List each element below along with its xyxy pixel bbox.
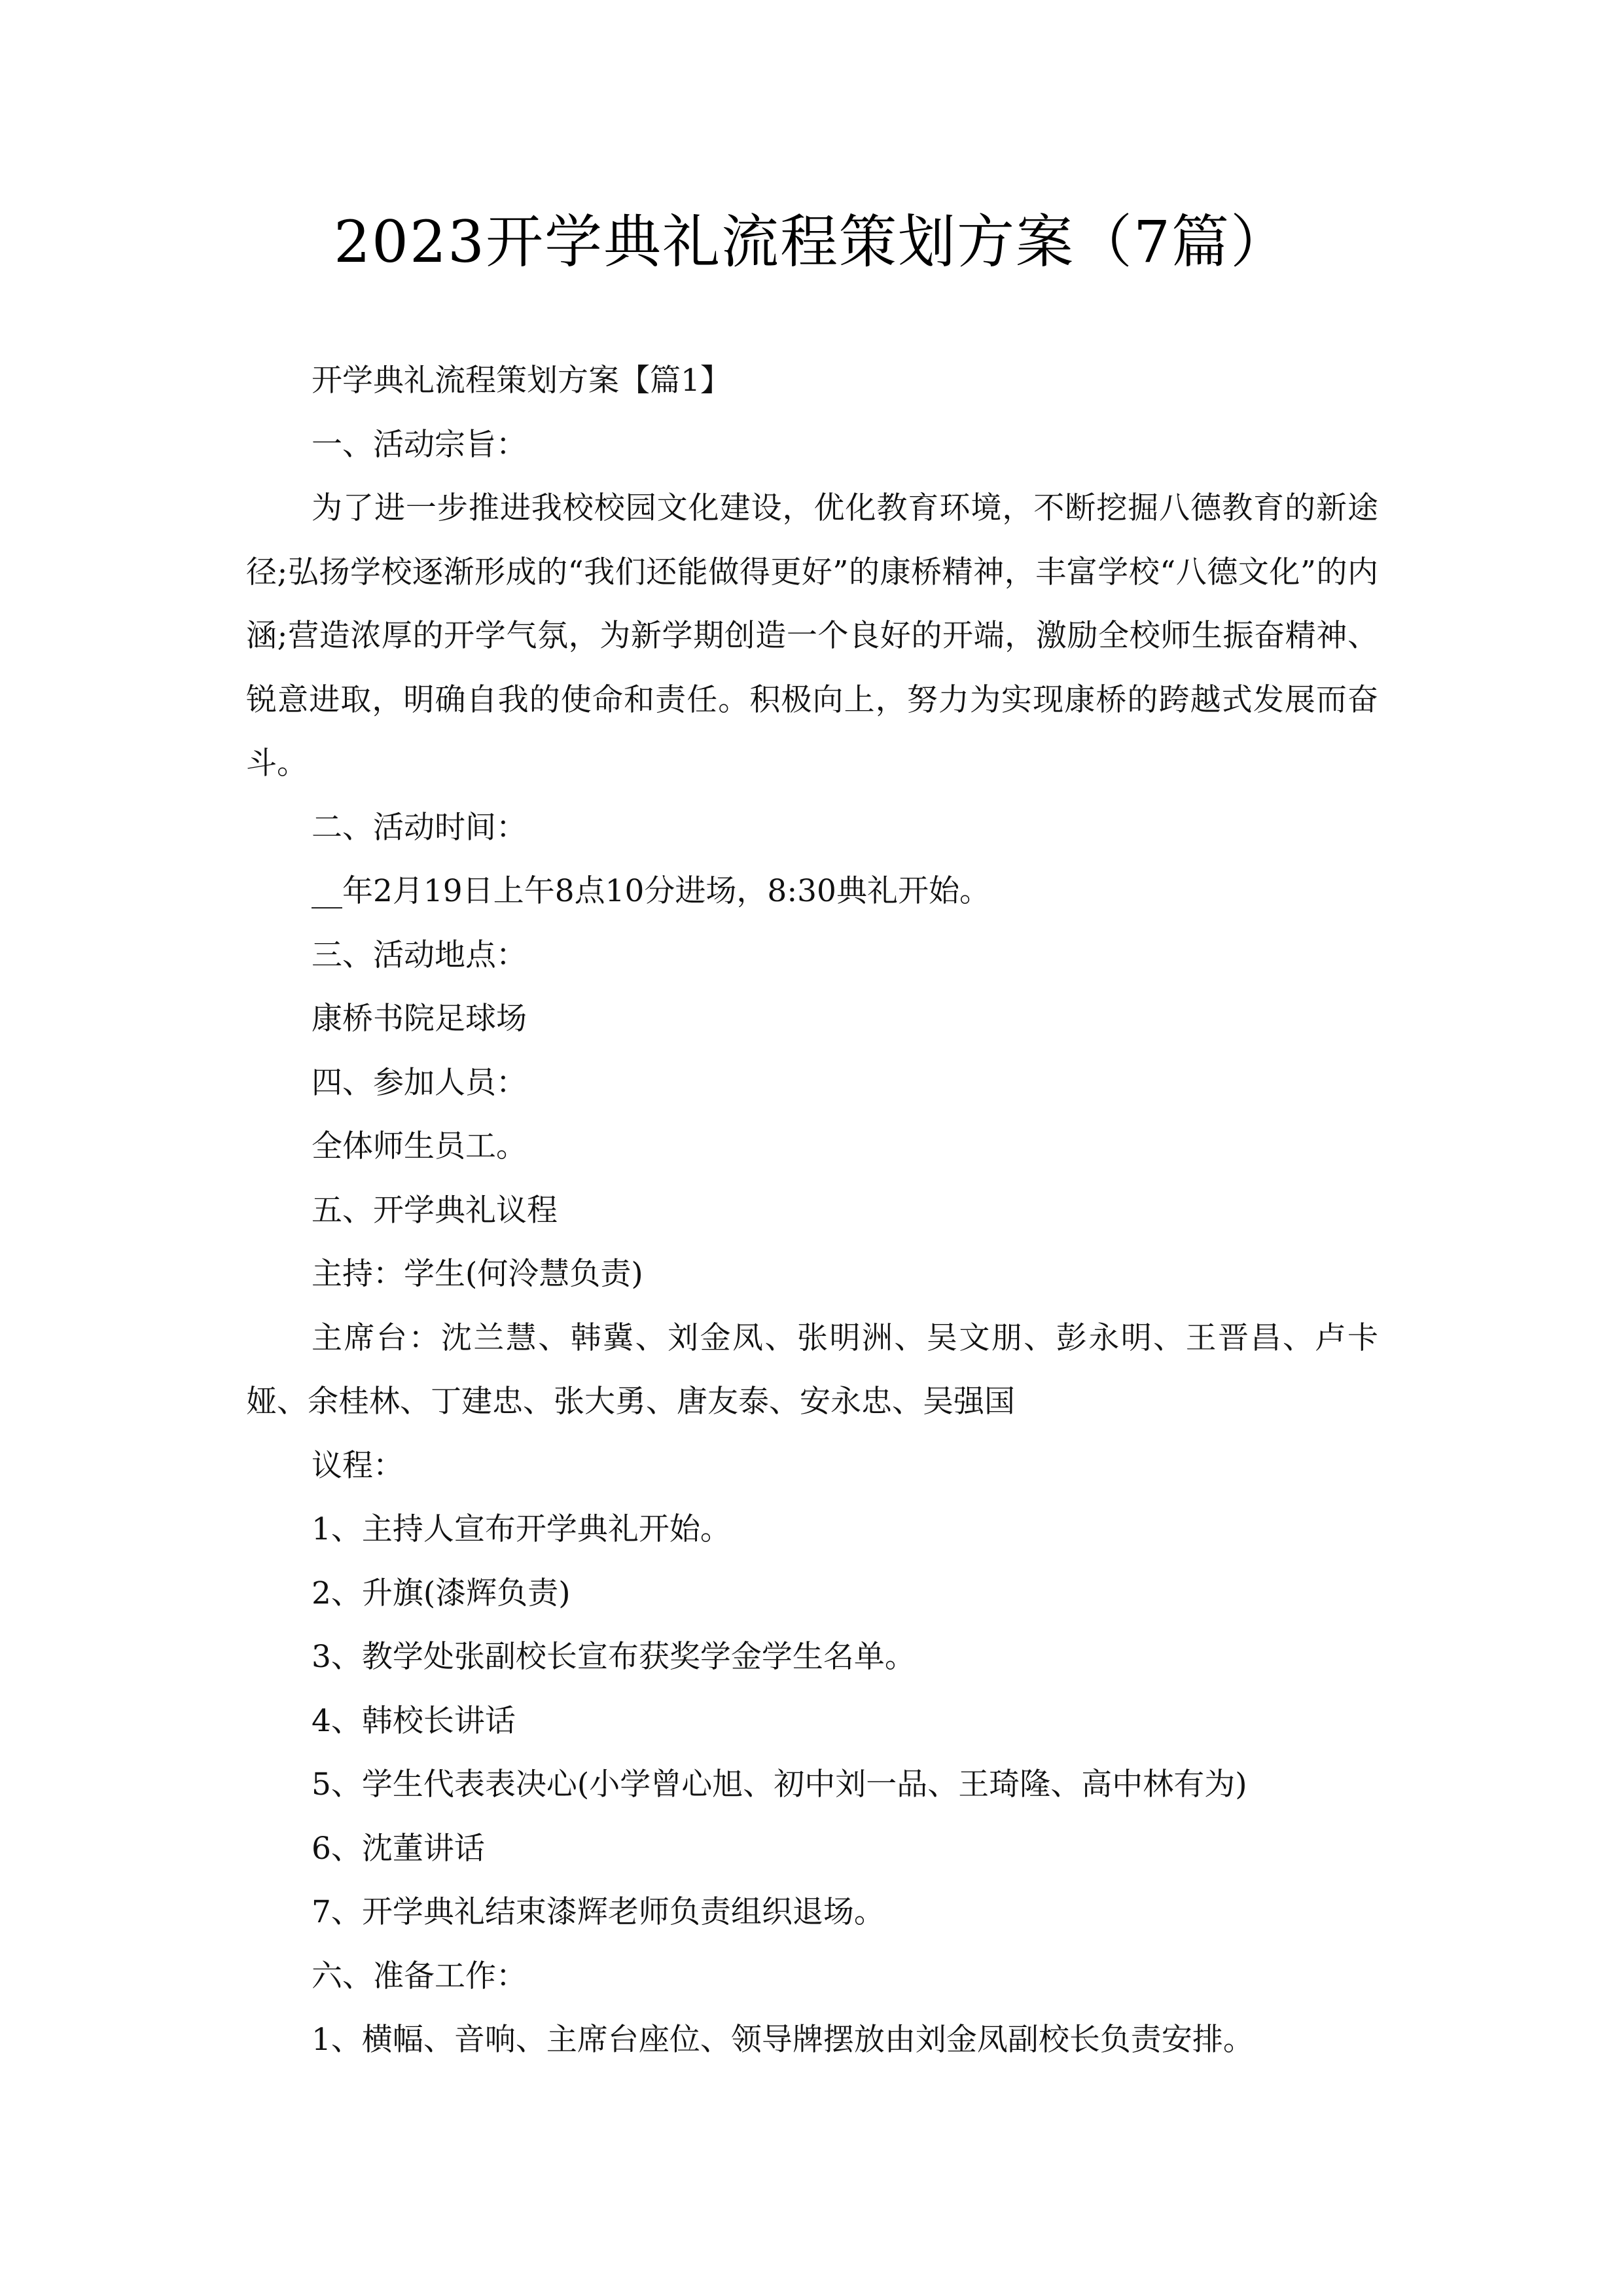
- heading-agenda: 五、开学典礼议程: [246, 1179, 1378, 1243]
- paragraph-rostrum: 主席台：沈兰慧、韩冀、刘金凤、张明洲、吴文朋、彭永明、王晋昌、卢卡娅、余桂林、丁…: [246, 1306, 1378, 1434]
- agenda-item-1: 1、主持人宣布开学典礼开始。: [246, 1498, 1378, 1562]
- document-body: 开学典礼流程策划方案【篇1】 一、活动宗旨： 为了进一步推进我校校园文化建设，优…: [246, 349, 1378, 2072]
- heading-time: 二、活动时间：: [246, 796, 1378, 860]
- paragraph-purpose: 为了进一步推进我校校园文化建设，优化教育环境，不断挖掘八德教育的新途径;弘扬学校…: [246, 476, 1378, 796]
- agenda-item-4: 4、韩校长讲话: [246, 1689, 1378, 1753]
- paragraph-participants: 全体师生员工。: [246, 1115, 1378, 1179]
- label-agenda: 议程：: [246, 1434, 1378, 1498]
- heading-location: 三、活动地点：: [246, 924, 1378, 988]
- paragraph-time: __年2月19日上午8点10分进场，8:30典礼开始。: [246, 859, 1378, 924]
- agenda-item-3: 3、教学处张副校长宣布获奖学金学生名单。: [246, 1625, 1378, 1689]
- heading-purpose: 一、活动宗旨：: [246, 413, 1378, 477]
- agenda-item-2: 2、升旗(漆辉负责): [246, 1562, 1378, 1626]
- document-page: 2023开学典礼流程策划方案（7篇） 开学典礼流程策划方案【篇1】 一、活动宗旨…: [0, 0, 1623, 2296]
- agenda-item-5: 5、学生代表表决心(小学曾心旭、初中刘一品、王琦隆、高中林有为): [246, 1753, 1378, 1817]
- heading-participants: 四、参加人员：: [246, 1051, 1378, 1115]
- agenda-item-7: 7、开学典礼结束漆辉老师负责组织退场。: [246, 1880, 1378, 1945]
- agenda-item-6: 6、沈董讲话: [246, 1817, 1378, 1881]
- document-title: 2023开学典礼流程策划方案（7篇）: [0, 196, 1623, 288]
- paragraph-host: 主持：学生(何泠慧负责): [246, 1242, 1378, 1306]
- section-heading-part1: 开学典礼流程策划方案【篇1】: [246, 349, 1378, 413]
- heading-preparation: 六、准备工作：: [246, 1945, 1378, 2009]
- preparation-item-1: 1、横幅、音响、主席台座位、领导牌摆放由刘金凤副校长负责安排。: [246, 2008, 1378, 2072]
- paragraph-location: 康桥书院足球场: [246, 987, 1378, 1051]
